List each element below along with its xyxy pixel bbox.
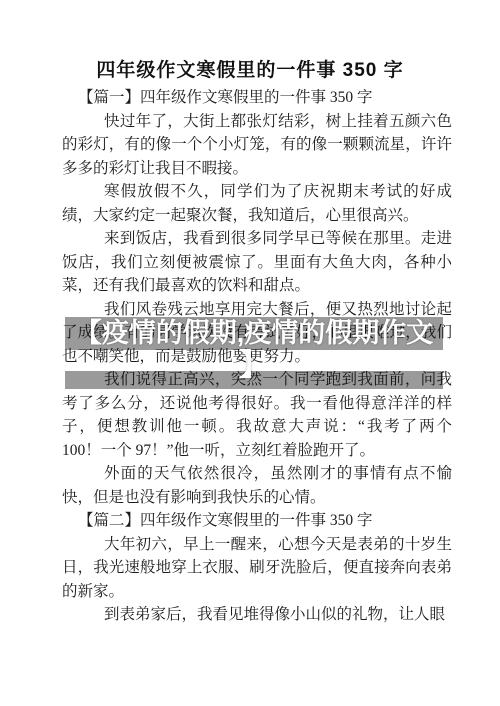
watermark-text: 【疫情的假期,疫情的假期作文 [75, 318, 434, 348]
paragraph-truncated: 到表弟家后，我看见堆得像小山似的礼物，让人眼 [62, 603, 452, 627]
paragraph: 外面的天气依然很冷，虽然刚才的事情有点不愉快，但是也没有影响到我快乐的心情。 [62, 462, 452, 509]
document-page: 四年级作文寒假里的一件事 350 字 【篇一】四年级作文寒假里的一件事 350 … [0, 0, 500, 706]
section-1-heading: 【篇一】四年级作文寒假里的一件事 350 字 [62, 86, 452, 110]
paragraph: 大年初六，早上一醒来，心想今天是表弟的十岁生日，我光速般地穿上衣服、刷牙洗脸后，… [62, 533, 452, 604]
document-body: 【篇一】四年级作文寒假里的一件事 350 字 快过年了，大街上都张灯结彩，树上挂… [62, 86, 452, 627]
paragraph: 寒假放假不久，同学们为了庆祝期末考试的好成绩，大家约定一起聚次餐，我知道后，心里… [62, 180, 452, 227]
watermark-band-bottom [65, 371, 443, 389]
section-2-heading: 【篇二】四年级作文寒假里的一件事 350 字 [62, 509, 452, 533]
document-title: 四年级作文寒假里的一件事 350 字 [0, 0, 500, 86]
paragraph: 来到饭店，我看到很多同学早已等候在那里。走进饭店，我们立刻便被震惊了。里面有大鱼… [62, 227, 452, 298]
watermark-band-top: 【疫情的假期,疫情的假期作文 [65, 317, 443, 350]
paragraph: 快过年了，大街上都张灯结彩，树上挂着五颜六色的彩灯，有的像一个个小灯笼，有的像一… [62, 110, 452, 181]
